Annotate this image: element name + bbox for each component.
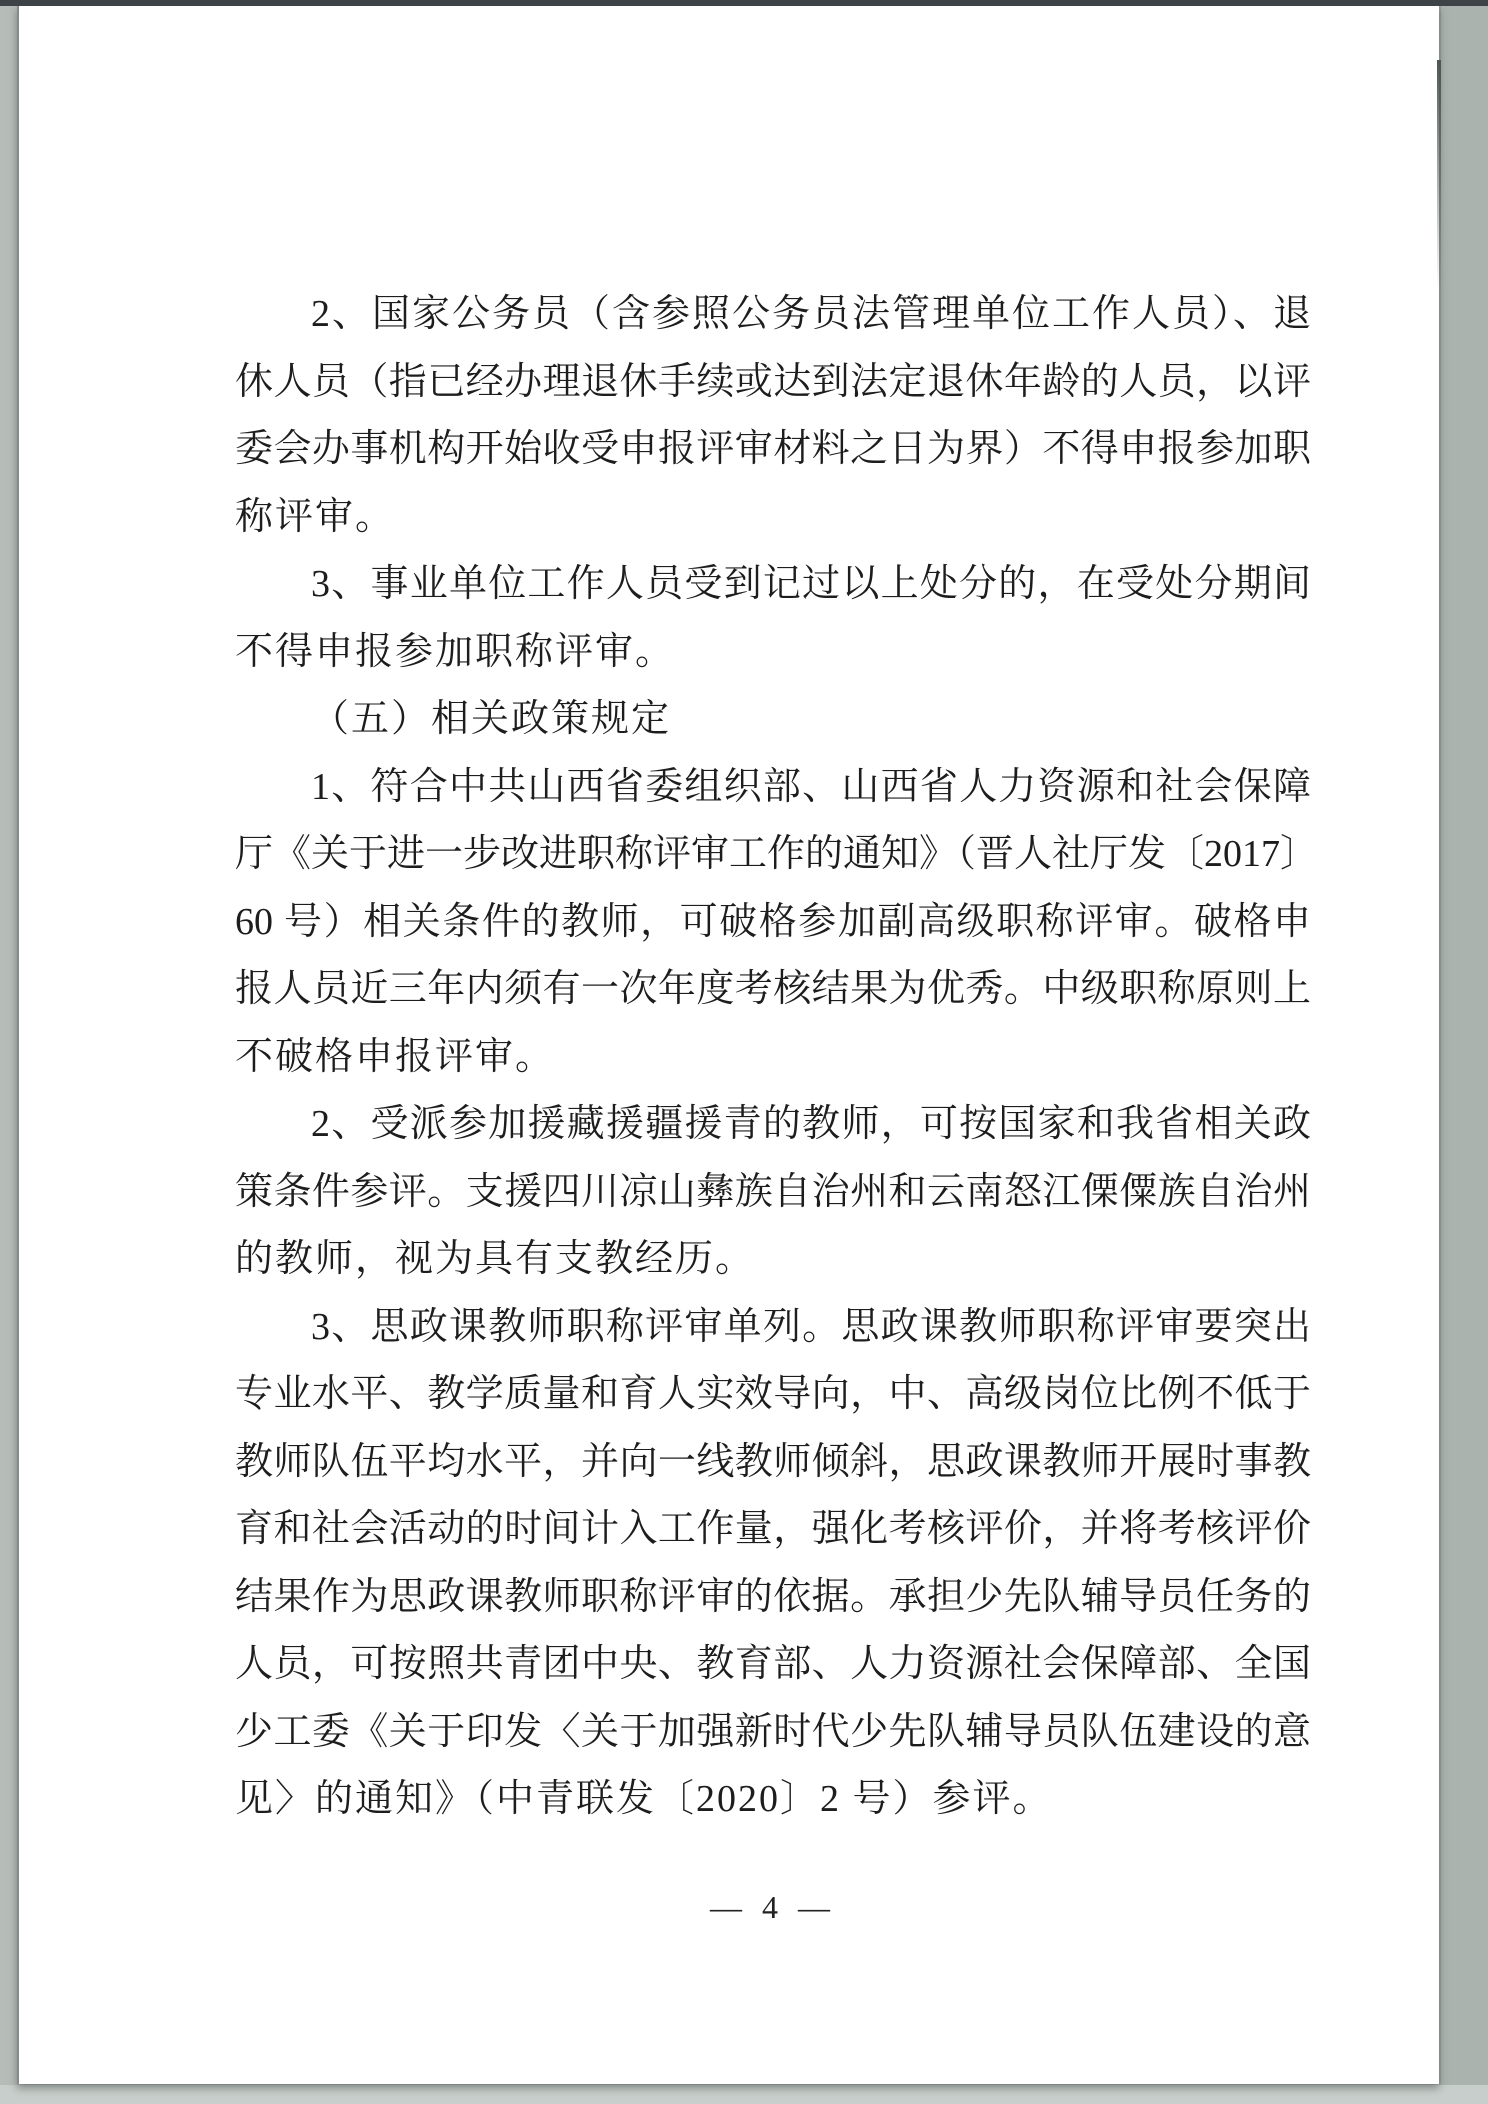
text-line: 休人员（指已经办理退休手续或达到法定退休年龄的人员，以评 [235, 349, 1311, 417]
scanner-backdrop-left [0, 0, 17, 2104]
scanner-backdrop-bottom [0, 2085, 1488, 2104]
text-line: 2、受派参加援藏援疆援青的教师，可按国家和我省相关政 [235, 1091, 1311, 1159]
document-body: 2、国家公务员（含参照公务员法管理单位工作人员）、退 休人员（指已经办理退休手续… [235, 281, 1311, 1834]
text-line: 报人员近三年内须有一次年度考核结果为优秀。中级职称原则上 [235, 956, 1311, 1024]
page-edge-shadow [1437, 60, 1441, 290]
text-line: 1、符合中共山西省委组织部、山西省人力资源和社会保障 [235, 754, 1311, 822]
text-line: 策条件参评。支援四川凉山彝族自治州和云南怒江傈僳族自治州 [235, 1159, 1311, 1227]
text-line: 2、国家公务员（含参照公务员法管理单位工作人员）、退 [235, 281, 1311, 349]
text-line: 的教师，视为具有支教经历。 [235, 1226, 1311, 1294]
text-line: 见〉的通知》（中青联发〔2020〕2 号）参评。 [235, 1766, 1311, 1834]
text-line: 不破格申报评审。 [235, 1024, 1311, 1092]
text-line: 少工委《关于印发〈关于加强新时代少先队辅导员队伍建设的意 [235, 1699, 1311, 1767]
text-line: 委会办事机构开始收受申报评审材料之日为界）不得申报参加职 [235, 416, 1311, 484]
text-line: 3、思政课教师职称评审单列。思政课教师职称评审要突出 [235, 1294, 1311, 1362]
scan-top-edge [0, 0, 1488, 6]
section-heading: （五）相关政策规定 [235, 686, 1311, 754]
text-line: 育和社会活动的时间计入工作量，强化考核评价，并将考核评价 [235, 1496, 1311, 1564]
text-line: 3、事业单位工作人员受到记过以上处分的，在受处分期间 [235, 551, 1311, 619]
page-number: — 4 — [235, 1889, 1311, 1926]
text-line: 称评审。 [235, 484, 1311, 552]
text-line: 教师队伍平均水平，并向一线教师倾斜，思政课教师开展时事教 [235, 1429, 1311, 1497]
text-line: 厅《关于进一步改进职称评审工作的通知》（晋人社厅发〔2017〕 [235, 821, 1311, 889]
text-line: 专业水平、教学质量和育人实效导向，中、高级岗位比例不低于 [235, 1361, 1311, 1429]
text-line: 60 号）相关条件的教师，可破格参加副高级职称评审。破格申 [235, 889, 1311, 957]
text-line: 结果作为思政课教师职称评审的依据。承担少先队辅导员任务的 [235, 1564, 1311, 1632]
document-page: 2、国家公务员（含参照公务员法管理单位工作人员）、退 休人员（指已经办理退休手续… [17, 5, 1439, 2084]
text-line: 人员，可按照共青团中央、教育部、人力资源社会保障部、全国 [235, 1631, 1311, 1699]
text-line: 不得申报参加职称评审。 [235, 619, 1311, 687]
